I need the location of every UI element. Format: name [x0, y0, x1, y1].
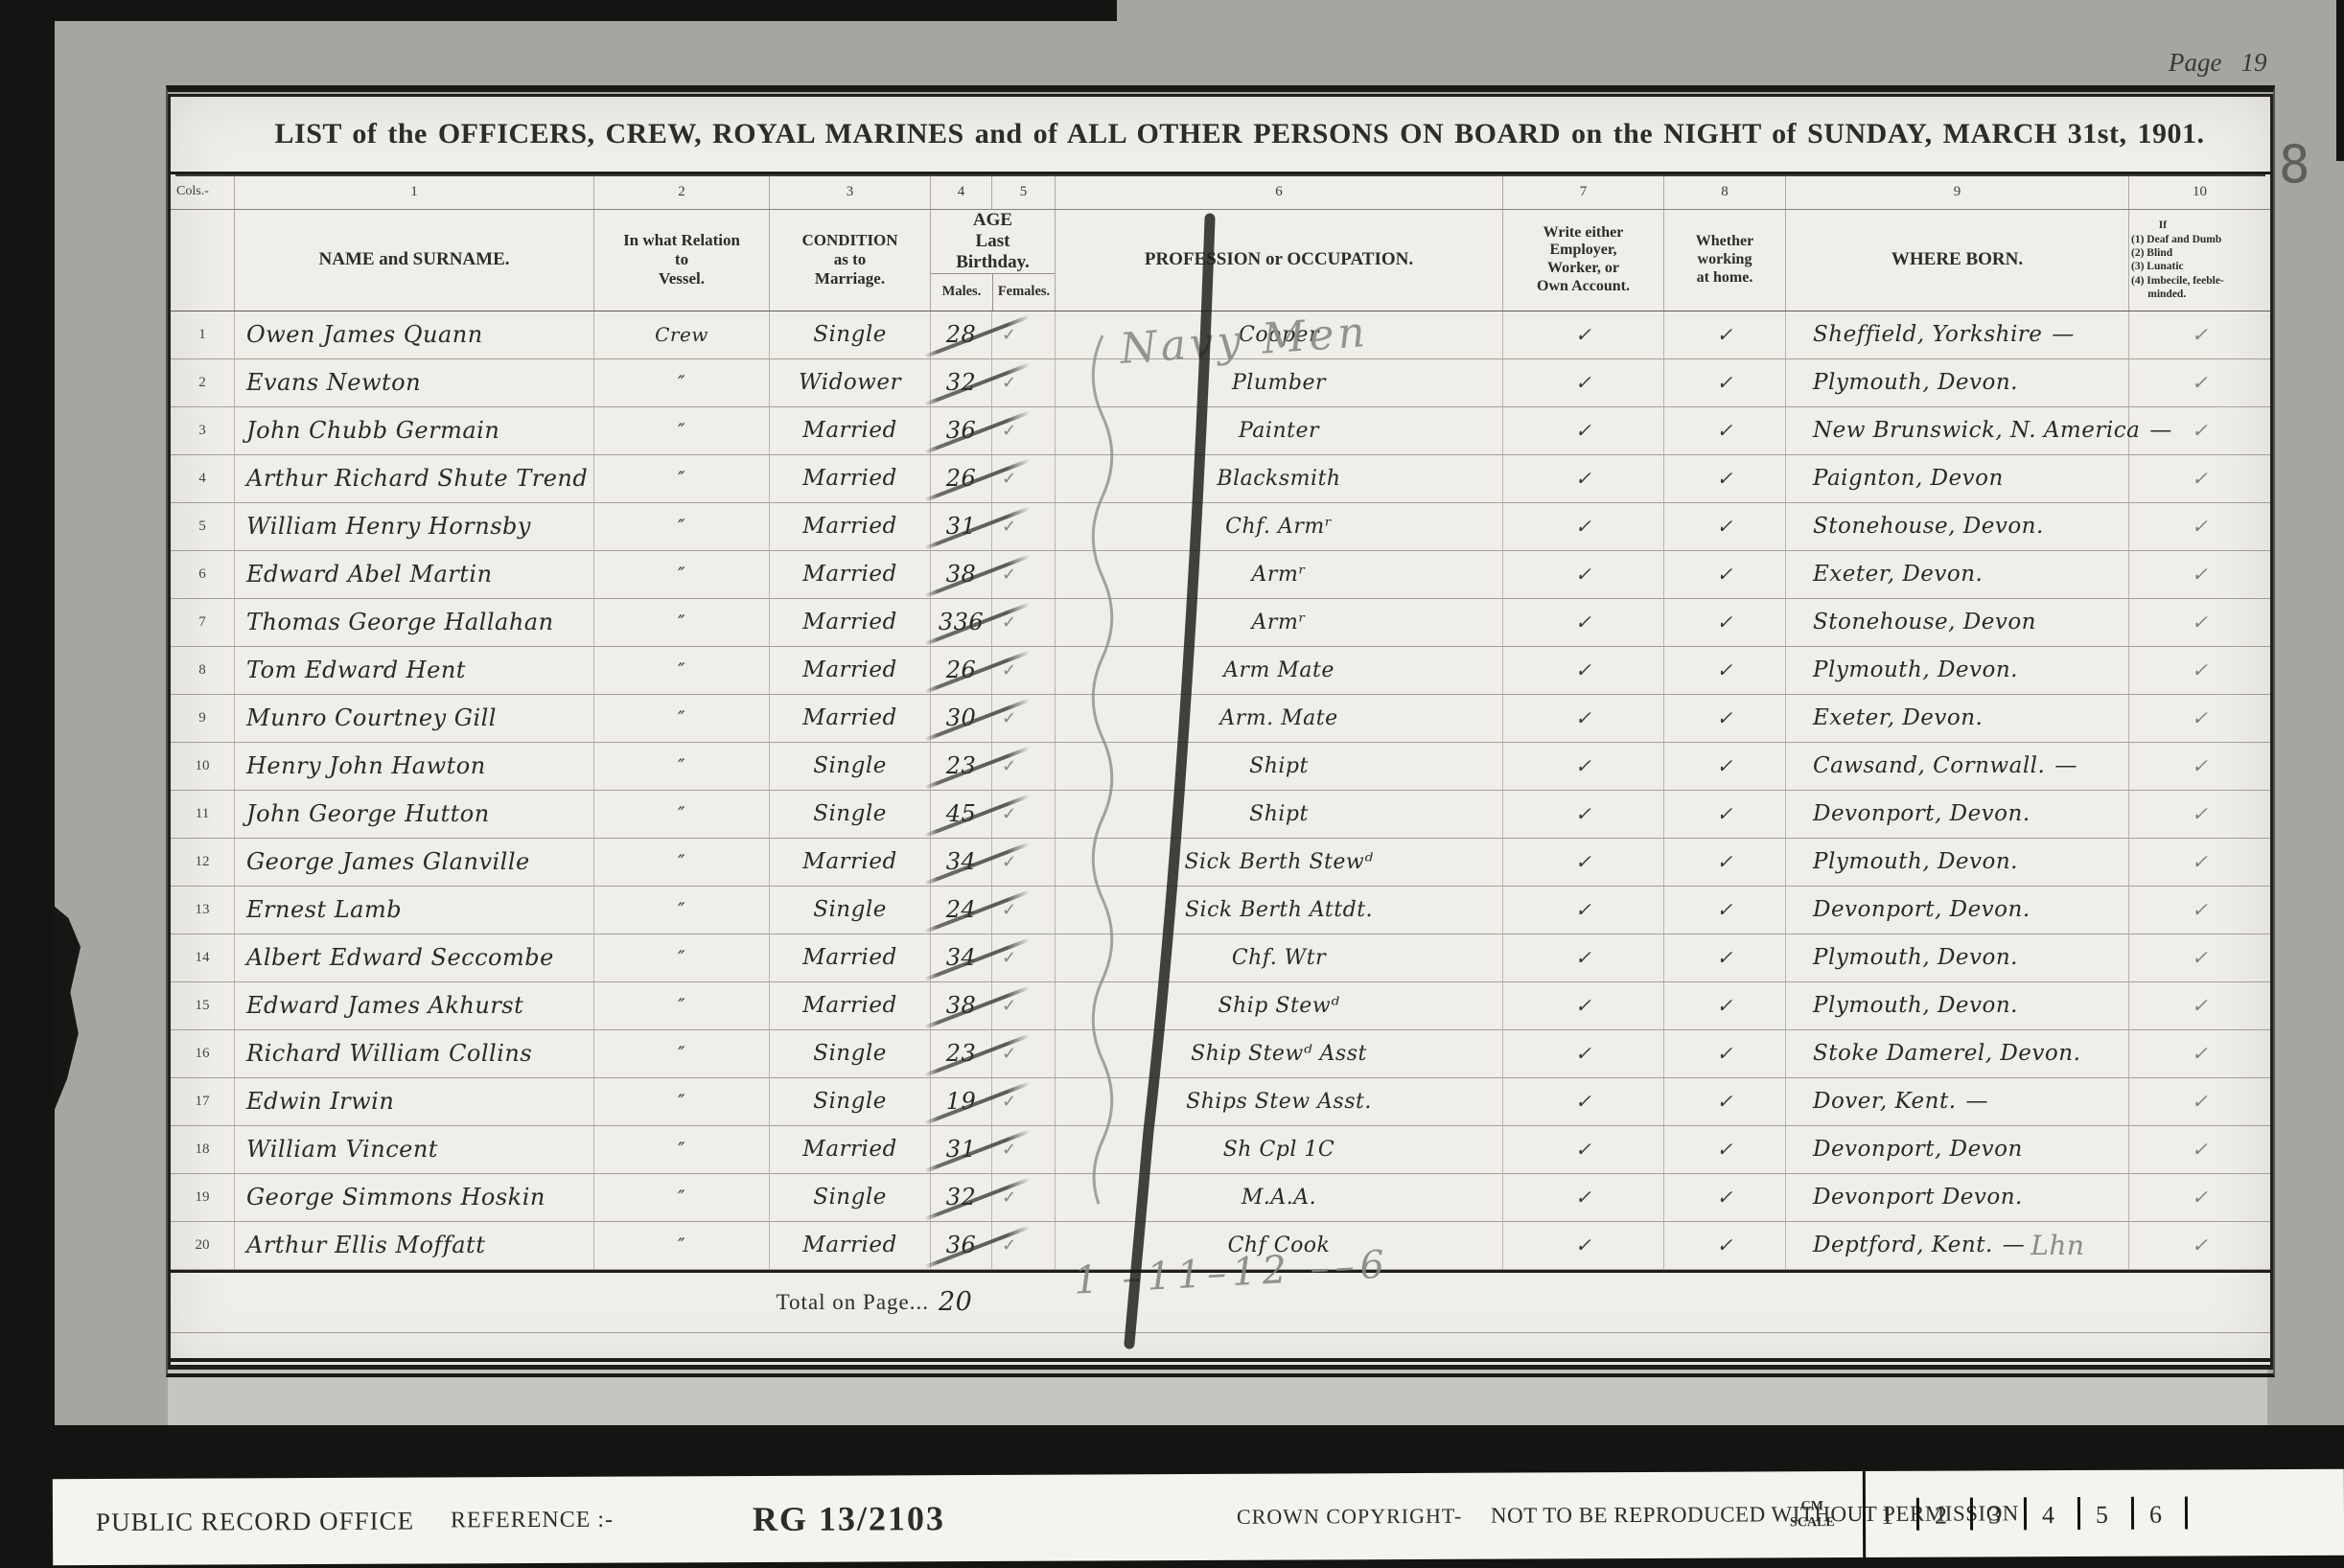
cell-working-home-check: ✓: [1664, 1078, 1786, 1125]
cell-name: Arthur Richard Shute Trend: [235, 455, 594, 502]
cell-condition: Single: [770, 791, 931, 838]
ink-flourish-dash: —: [2054, 753, 2077, 778]
cell-occupation: Armʳ: [1056, 551, 1503, 598]
cell-relation: ″: [594, 455, 770, 502]
cell-age-males: 24: [931, 887, 992, 934]
archive-footer-strip: PUBLIC RECORD OFFICE REFERENCE :- RG 13/…: [53, 1469, 2344, 1565]
cell-condition: Married: [770, 934, 931, 981]
cell-age-males: 23: [931, 743, 992, 790]
table-row: 16Richard William Collins″Single23✓Ship …: [171, 1030, 2270, 1078]
cell-age-females-tick: ✓: [992, 359, 1056, 406]
cell-age-females-tick: ✓: [992, 1126, 1056, 1173]
cell-row-number: 7: [171, 599, 235, 646]
ruler-cm-6: 6: [2134, 1496, 2188, 1529]
cell-employer-check: ✓: [1503, 1078, 1664, 1125]
cell-row-number: 14: [171, 934, 235, 981]
header-age-females: Females.: [993, 274, 1055, 311]
cell-row-number: 8: [171, 647, 235, 694]
born-text: Plymouth, Devon.: [1813, 993, 2018, 1018]
cell-row-number: 13: [171, 887, 235, 934]
cell-relation: ″: [594, 743, 770, 790]
cell-age-females-tick: ✓: [992, 1222, 1056, 1269]
cell-where-born: Plymouth, Devon.: [1786, 982, 2129, 1029]
cell-relation: ″: [594, 647, 770, 694]
cell-condition: Married: [770, 695, 931, 742]
header-employer: Write either Employer, Worker, or Own Ac…: [1503, 210, 1664, 311]
cell-name: Munro Courtney Gill: [235, 695, 594, 742]
born-text: Plymouth, Devon.: [1813, 849, 2018, 874]
cell-name: William Henry Hornsby: [235, 503, 594, 550]
cell-condition: Married: [770, 839, 931, 886]
col-number-2: 2: [594, 174, 770, 209]
cell-row-number: 2: [171, 359, 235, 406]
table-row: 15Edward James Akhurst″Married38✓Ship St…: [171, 982, 2270, 1030]
cell-employer-check: ✓: [1503, 455, 1664, 502]
cell-condition: Single: [770, 1030, 931, 1077]
header-where-born: WHERE BORN.: [1786, 210, 2129, 311]
page-number: 19: [2240, 48, 2266, 77]
header-age-males: Males.: [931, 274, 993, 311]
table-row: 18William Vincent″Married31✓Sh Cpl 1C✓✓D…: [171, 1126, 2270, 1174]
ruler-cm-3: 3: [1973, 1497, 2027, 1530]
ink-flourish-dash: —: [1966, 1089, 1989, 1114]
cell-working-home-check: ✓: [1664, 1126, 1786, 1173]
cell-occupation: M.A.A.: [1056, 1174, 1503, 1221]
cell-where-born: Devonport, Devon: [1786, 1126, 2129, 1173]
born-text: Stonehouse, Devon: [1813, 610, 2036, 634]
cell-working-home-check: ✓: [1664, 1222, 1786, 1269]
census-rows: 1Owen James QuannCrewSingle28✓Cooper✓✓Sh…: [171, 311, 2270, 1273]
cell-age-males: 34: [931, 934, 992, 981]
cell-working-home-check: ✓: [1664, 1030, 1786, 1077]
page-title: LIST of the OFFICERS, CREW, ROYAL MARINE…: [275, 118, 2205, 150]
col-number-5: 5: [992, 174, 1056, 209]
total-on-page-label: Total on Page...: [171, 1273, 931, 1332]
table-row: 10Henry John Hawton″Single23✓Shipt✓✓Caws…: [171, 743, 2270, 791]
cell-employer-check: ✓: [1503, 407, 1664, 454]
cell-employer-check: ✓: [1503, 791, 1664, 838]
cell-condition: Single: [770, 1174, 931, 1221]
cell-age-females-tick: ✓: [992, 934, 1056, 981]
cell-condition: Married: [770, 1222, 931, 1269]
cell-occupation: Shipt: [1056, 791, 1503, 838]
header-working-home: Whether working at home.: [1664, 210, 1786, 311]
cell-age-males: 30: [931, 695, 992, 742]
cell-employer-check: ✓: [1503, 647, 1664, 694]
cell-infirmity-check: ✓: [2129, 455, 2270, 502]
col-number-8: 8: [1664, 174, 1786, 209]
ruler-cm-4: 4: [2027, 1497, 2080, 1530]
born-text: Deptford, Kent.: [1813, 1233, 1993, 1257]
cell-relation: Crew: [594, 311, 770, 358]
cell-condition: Single: [770, 311, 931, 358]
cell-condition: Single: [770, 1078, 931, 1125]
cell-age-males: 31: [931, 503, 992, 550]
cell-infirmity-check: ✓: [2129, 982, 2270, 1029]
cell-relation: ″: [594, 982, 770, 1029]
born-text: Exeter, Devon.: [1813, 705, 1983, 730]
cell-name: George James Glanville: [235, 839, 594, 886]
ink-flourish-dash: —: [2052, 322, 2075, 347]
cell-age-males: 36: [931, 407, 992, 454]
cell-occupation: Ship Stewᵈ: [1056, 982, 1503, 1029]
cell-age-males: 19: [931, 1078, 992, 1125]
cell-condition: Married: [770, 551, 931, 598]
cell-employer-check: ✓: [1503, 551, 1664, 598]
cell-age-females-tick: ✓: [992, 503, 1056, 550]
cell-occupation: Arm. Mate: [1056, 695, 1503, 742]
cell-infirmity-check: ✓: [2129, 1078, 2270, 1125]
cell-row-number: 6: [171, 551, 235, 598]
cell-age-males: 26: [931, 647, 992, 694]
pencil-note: Lhn: [2031, 1230, 2084, 1261]
cell-working-home-check: ✓: [1664, 1174, 1786, 1221]
cell-row-number: 19: [171, 1174, 235, 1221]
cell-row-number: 16: [171, 1030, 235, 1077]
cell-employer-check: ✓: [1503, 839, 1664, 886]
cell-age-males: 32: [931, 1174, 992, 1221]
cell-infirmity-check: ✓: [2129, 1222, 2270, 1269]
cm-scale-ruler: 123456: [1863, 1469, 2255, 1557]
cell-age-females-tick: ✓: [992, 982, 1056, 1029]
cell-where-born: Plymouth, Devon.: [1786, 647, 2129, 694]
cell-name: Thomas George Hallahan: [235, 599, 594, 646]
cell-working-home-check: ✓: [1664, 791, 1786, 838]
cell-name: John Chubb Germain: [235, 407, 594, 454]
cell-where-born: Stonehouse, Devon.: [1786, 503, 2129, 550]
cell-name: Richard William Collins: [235, 1030, 594, 1077]
cell-relation: ″: [594, 1078, 770, 1125]
cell-condition: Married: [770, 503, 931, 550]
cell-occupation: Chf. Armʳ: [1056, 503, 1503, 550]
cell-age-females-tick: ✓: [992, 647, 1056, 694]
cell-employer-check: ✓: [1503, 695, 1664, 742]
cell-occupation: Chf. Wtr: [1056, 934, 1503, 981]
total-on-page-value: 20: [931, 1273, 1056, 1332]
cell-name: Ernest Lamb: [235, 887, 594, 934]
cell-relation: ″: [594, 887, 770, 934]
crown-copyright-label: CROWN COPYRIGHT: [1237, 1473, 1456, 1560]
cell-where-born: Stonehouse, Devon: [1786, 599, 2129, 646]
cell-occupation: Sick Berth Stewᵈ: [1056, 839, 1503, 886]
cell-infirmity-check: ✓: [2129, 839, 2270, 886]
cell-infirmity-check: ✓: [2129, 1174, 2270, 1221]
cell-age-males: 38: [931, 982, 992, 1029]
table-row: 11John George Hutton″Single45✓Shipt✓✓Dev…: [171, 791, 2270, 839]
table-row: 14Albert Edward Seccombe″Married34✓Chf. …: [171, 934, 2270, 982]
cell-age-females-tick: ✓: [992, 407, 1056, 454]
cell-age-males: 336: [931, 599, 992, 646]
cell-occupation: Sick Berth Attdt.: [1056, 887, 1503, 934]
cell-row-number: 18: [171, 1126, 235, 1173]
cell-working-home-check: ✓: [1664, 455, 1786, 502]
cell-age-males: 36: [931, 1222, 992, 1269]
cell-relation: ″: [594, 791, 770, 838]
cell-name: William Vincent: [235, 1126, 594, 1173]
cell-condition: Married: [770, 407, 931, 454]
cell-age-females-tick: ✓: [992, 695, 1056, 742]
cell-where-born: New Brunswick, N. America—: [1786, 407, 2129, 454]
cell-infirmity-check: ✓: [2129, 743, 2270, 790]
cell-name: Henry John Hawton: [235, 743, 594, 790]
cell-age-females-tick: ✓: [992, 1078, 1056, 1125]
born-text: Plymouth, Devon.: [1813, 945, 2018, 970]
torn-paper-edge: [54, 906, 81, 1112]
column-number-row: Cols.-12345678910: [171, 174, 2270, 210]
col-number-6: 6: [1056, 174, 1503, 209]
cell-name: Edward James Akhurst: [235, 982, 594, 1029]
cell-age-females-tick: ✓: [992, 1174, 1056, 1221]
header-rownum: [171, 210, 235, 311]
cell-working-home-check: ✓: [1664, 503, 1786, 550]
cell-relation: ″: [594, 359, 770, 406]
cell-employer-check: ✓: [1503, 1174, 1664, 1221]
cell-employer-check: ✓: [1503, 599, 1664, 646]
ruler-cm-1: 1: [1866, 1498, 1919, 1531]
cell-infirmity-check: ✓: [2129, 647, 2270, 694]
cell-age-females-tick: ✓: [992, 311, 1056, 358]
cm-scale-line1: CM: [1801, 1498, 1823, 1515]
census-scan-page: Page19 108 LIST of the OFFICERS, CREW, R…: [0, 0, 2344, 1568]
cell-relation: ″: [594, 503, 770, 550]
cell-working-home-check: ✓: [1664, 551, 1786, 598]
census-table: LIST of the OFFICERS, CREW, ROYAL MARINE…: [168, 94, 2273, 1370]
cell-condition: Single: [770, 887, 931, 934]
cell-relation: ″: [594, 839, 770, 886]
col-number-7: 7: [1503, 174, 1664, 209]
cell-relation: ″: [594, 934, 770, 981]
cell-occupation: Ships Stew Asst.: [1056, 1078, 1503, 1125]
cell-age-females-tick: ✓: [992, 791, 1056, 838]
cell-working-home-check: ✓: [1664, 887, 1786, 934]
cell-name: Evans Newton: [235, 359, 594, 406]
column-header-row: NAME and SURNAME. In what Relation to Ve…: [171, 210, 2270, 311]
table-row: 9Munro Courtney Gill″Married30✓Arm. Mate…: [171, 695, 2270, 743]
born-text: Plymouth, Devon.: [1813, 370, 2018, 395]
cell-employer-check: ✓: [1503, 1222, 1664, 1269]
cell-occupation: Armʳ: [1056, 599, 1503, 646]
born-text: Devonport, Devon.: [1813, 801, 2031, 826]
cell-working-home-check: ✓: [1664, 934, 1786, 981]
cell-age-females-tick: ✓: [992, 839, 1056, 886]
cell-condition: Widower: [770, 359, 931, 406]
col-number-9: 9: [1786, 174, 2129, 209]
cell-infirmity-check: ✓: [2129, 551, 2270, 598]
cell-row-number: 10: [171, 743, 235, 790]
cell-relation: ″: [594, 1222, 770, 1269]
born-text: Paignton, Devon: [1813, 466, 2004, 491]
cell-where-born: Sheffield, Yorkshire—: [1786, 311, 2129, 358]
cm-scale-label: CM SCALE: [1790, 1471, 1835, 1557]
cell-infirmity-check: ✓: [2129, 1030, 2270, 1077]
page-number-label: Page19: [2169, 48, 2266, 78]
cell-employer-check: ✓: [1503, 982, 1664, 1029]
born-text: Cawsand, Cornwall.: [1813, 753, 2045, 778]
cell-relation: ″: [594, 1030, 770, 1077]
cell-name: George Simmons Hoskin: [235, 1174, 594, 1221]
cell-name: Edward Abel Martin: [235, 551, 594, 598]
cell-occupation: Shipt: [1056, 743, 1503, 790]
header-age-title: AGE Last Birthday.: [931, 210, 1055, 273]
cell-employer-check: ✓: [1503, 1030, 1664, 1077]
table-row: 17Edwin Irwin″Single19✓Ships Stew Asst.✓…: [171, 1078, 2270, 1126]
cell-relation: ″: [594, 1174, 770, 1221]
cell-relation: ″: [594, 1126, 770, 1173]
cell-condition: Married: [770, 599, 931, 646]
cell-infirmity-check: ✓: [2129, 1126, 2270, 1173]
cell-where-born: Plymouth, Devon.: [1786, 839, 2129, 886]
cell-age-females-tick: ✓: [992, 743, 1056, 790]
cell-row-number: 1: [171, 311, 235, 358]
cell-row-number: 12: [171, 839, 235, 886]
header-profession: PROFESSION or OCCUPATION.: [1056, 210, 1503, 311]
cell-age-males: 26: [931, 455, 992, 502]
cell-employer-check: ✓: [1503, 887, 1664, 934]
ruler-cm-2: 2: [1919, 1497, 1973, 1530]
born-text: New Brunswick, N. America: [1813, 418, 2140, 443]
cell-age-females-tick: ✓: [992, 599, 1056, 646]
cell-where-born: Devonport, Devon.: [1786, 887, 2129, 934]
cell-infirmity-check: ✓: [2129, 695, 2270, 742]
cell-row-number: 5: [171, 503, 235, 550]
cell-condition: Married: [770, 647, 931, 694]
cell-condition: Married: [770, 1126, 931, 1173]
cell-where-born: Devonport Devon.: [1786, 1174, 2129, 1221]
cell-where-born: Paignton, Devon: [1786, 455, 2129, 502]
cell-infirmity-check: ✓: [2129, 599, 2270, 646]
cell-working-home-check: ✓: [1664, 982, 1786, 1029]
scan-edge-top: [0, 0, 1117, 21]
cell-occupation: Sh Cpl 1C: [1056, 1126, 1503, 1173]
cell-name: Albert Edward Seccombe: [235, 934, 594, 981]
page-word: Page: [2169, 48, 2221, 77]
cell-name: Tom Edward Hent: [235, 647, 594, 694]
cell-employer-check: ✓: [1503, 743, 1664, 790]
cell-relation: ″: [594, 407, 770, 454]
table-row: 5William Henry Hornsby″Married31✓Chf. Ar…: [171, 503, 2270, 551]
cell-occupation: Ship Stewᵈ Asst: [1056, 1030, 1503, 1077]
cm-scale-line2: SCALE: [1790, 1514, 1835, 1532]
cell-working-home-check: ✓: [1664, 839, 1786, 886]
cell-row-number: 4: [171, 455, 235, 502]
cell-name: John George Hutton: [235, 791, 594, 838]
cell-row-number: 9: [171, 695, 235, 742]
born-text: Stonehouse, Devon.: [1813, 514, 2044, 539]
col-number-10: 10: [2129, 174, 2270, 209]
table-row: 7Thomas George Hallahan″Married336✓Armʳ✓…: [171, 599, 2270, 647]
header-condition: CONDITION as to Marriage.: [770, 210, 931, 311]
reference-label: REFERENCE :-: [451, 1477, 614, 1564]
cell-age-females-tick: ✓: [992, 455, 1056, 502]
cell-age-females-tick: ✓: [992, 551, 1056, 598]
cell-row-number: 20: [171, 1222, 235, 1269]
cell-infirmity-check: ✓: [2129, 311, 2270, 358]
cell-where-born: Plymouth, Devon.: [1786, 359, 2129, 406]
bottom-spacer: [171, 1333, 2270, 1358]
cell-age-males: 23: [931, 1030, 992, 1077]
cell-age-males: 32: [931, 359, 992, 406]
public-record-office-label: PUBLIC RECORD OFFICE: [96, 1478, 414, 1565]
table-row: 19George Simmons Hoskin″Single32✓M.A.A.✓…: [171, 1174, 2270, 1222]
cell-working-home-check: ✓: [1664, 311, 1786, 358]
cell-name: Arthur Ellis Moffatt: [235, 1222, 594, 1269]
table-row: 6Edward Abel Martin″Married38✓Armʳ✓✓Exet…: [171, 551, 2270, 599]
cell-occupation: Blacksmith: [1056, 455, 1503, 502]
cell-employer-check: ✓: [1503, 503, 1664, 550]
col-number-3: 3: [770, 174, 931, 209]
born-text: Devonport Devon.: [1813, 1185, 2023, 1210]
table-row: 12George James Glanville″Married34✓Sick …: [171, 839, 2270, 887]
cell-occupation: Arm Mate: [1056, 647, 1503, 694]
header-name: NAME and SURNAME.: [235, 210, 594, 311]
cell-working-home-check: ✓: [1664, 359, 1786, 406]
cell-row-number: 3: [171, 407, 235, 454]
table-title-band: LIST of the OFFICERS, CREW, ROYAL MARINE…: [171, 97, 2270, 174]
ruler-cm-5: 5: [2080, 1497, 2134, 1530]
footer-separator: -: [1454, 1473, 1462, 1559]
born-text: Devonport, Devon.: [1813, 897, 2031, 922]
cell-age-females-tick: ✓: [992, 1030, 1056, 1077]
cell-name: Edwin Irwin: [235, 1078, 594, 1125]
cell-employer-check: ✓: [1503, 1126, 1664, 1173]
cell-relation: ″: [594, 695, 770, 742]
cell-condition: Single: [770, 743, 931, 790]
cell-where-born: Devonport, Devon.: [1786, 791, 2129, 838]
cell-relation: ″: [594, 599, 770, 646]
cell-infirmity-check: ✓: [2129, 359, 2270, 406]
cell-where-born: Stoke Damerel, Devon.: [1786, 1030, 2129, 1077]
cell-where-born: Deptford, Kent.—Lhn: [1786, 1222, 2129, 1269]
born-text: Dover, Kent.: [1813, 1089, 1957, 1114]
cell-relation: ″: [594, 551, 770, 598]
cell-where-born: Dover, Kent.—: [1786, 1078, 2129, 1125]
cell-age-males: 28: [931, 311, 992, 358]
scan-edge-left: [0, 0, 55, 1568]
cell-employer-check: ✓: [1503, 934, 1664, 981]
table-row: 3John Chubb Germain″Married36✓Painter✓✓N…: [171, 407, 2270, 455]
header-relation: In what Relation to Vessel.: [594, 210, 770, 311]
cell-where-born: Cawsand, Cornwall.—: [1786, 743, 2129, 790]
cell-row-number: 15: [171, 982, 235, 1029]
born-text: Devonport, Devon: [1813, 1137, 2023, 1162]
cell-infirmity-check: ✓: [2129, 503, 2270, 550]
cell-condition: Married: [770, 455, 931, 502]
cell-row-number: 17: [171, 1078, 235, 1125]
ink-flourish-dash: —: [2003, 1233, 2026, 1257]
cell-employer-check: ✓: [1503, 311, 1664, 358]
cell-age-males: 34: [931, 839, 992, 886]
born-text: Exeter, Devon.: [1813, 562, 1983, 587]
cell-condition: Married: [770, 982, 931, 1029]
scan-edge-right: [2336, 0, 2344, 161]
cell-where-born: Exeter, Devon.: [1786, 551, 2129, 598]
born-text: Plymouth, Devon.: [1813, 657, 2018, 682]
table-row: 4Arthur Richard Shute Trend″Married26✓Bl…: [171, 455, 2270, 503]
cell-age-males: 45: [931, 791, 992, 838]
cell-infirmity-check: ✓: [2129, 887, 2270, 934]
header-infirmities: If (1) Deaf and Dumb (2) Blind (3) Lunat…: [2129, 210, 2270, 311]
header-age: AGE Last Birthday. Males. Females.: [931, 210, 1056, 311]
cell-age-females-tick: ✓: [992, 887, 1056, 934]
cell-employer-check: ✓: [1503, 359, 1664, 406]
cell-infirmity-check: ✓: [2129, 407, 2270, 454]
reference-number: RG 13/2103: [753, 1475, 945, 1562]
cols-label: Cols.-: [171, 174, 235, 209]
cell-row-number: 11: [171, 791, 235, 838]
cell-infirmity-check: ✓: [2129, 934, 2270, 981]
table-row: 8Tom Edward Hent″Married26✓Arm Mate✓✓Ply…: [171, 647, 2270, 695]
born-text: Sheffield, Yorkshire: [1813, 322, 2042, 347]
